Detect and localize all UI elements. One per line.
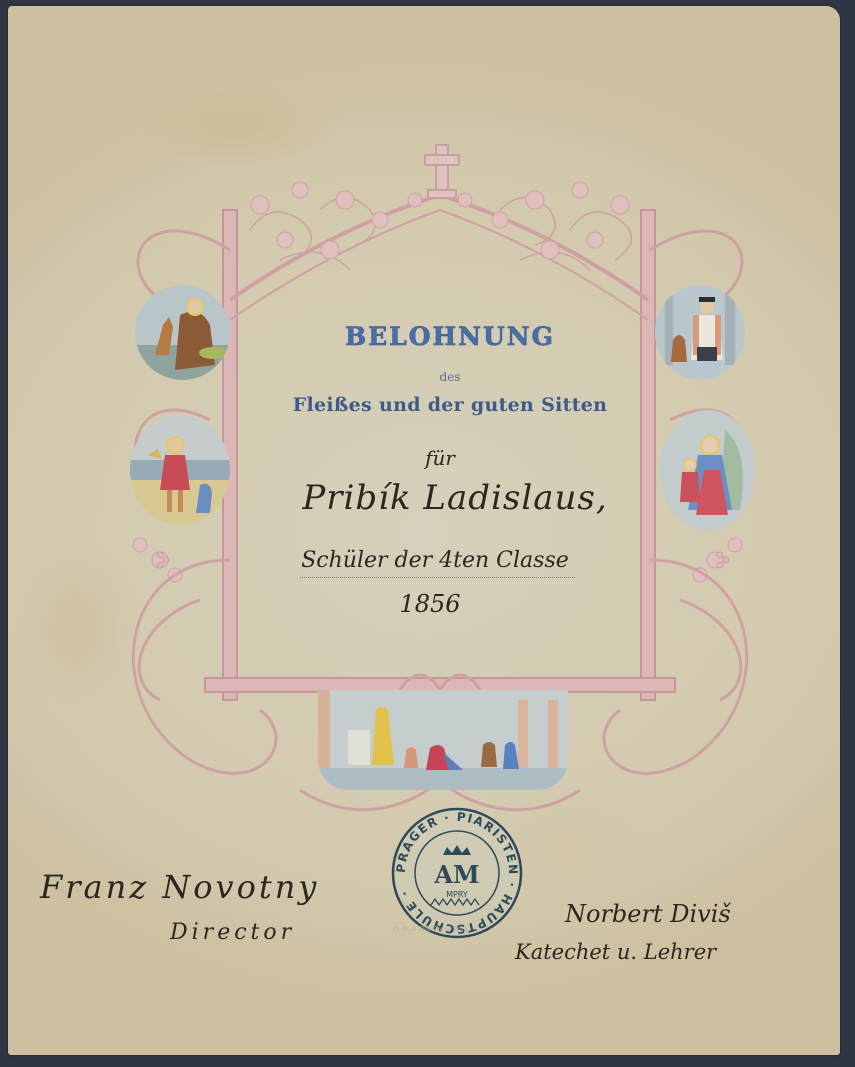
vignette-madonna-with-child	[660, 410, 755, 530]
for-label: für	[380, 446, 500, 470]
director-role: Director	[170, 920, 370, 945]
vignette-saint-with-deer	[135, 285, 230, 380]
recipient-name: Pribík Ladislaus,	[290, 478, 620, 518]
vignette-saint-with-wheat	[130, 415, 230, 525]
school-seal-stamp: PRAGER · PIARISTEN · HAUPTSCHULE · AM MP…	[389, 805, 525, 941]
teacher-role: Katechet u. Lehrer	[515, 940, 745, 964]
teacher-signature: Norbert Diviš	[565, 900, 765, 928]
vignette-priest-with-child	[655, 285, 745, 380]
stamp-monogram: AM	[433, 860, 479, 889]
printer-credit: Pr. W. A. Rybička in Prag	[380, 926, 480, 933]
class-line: Schüler der 4ten Classe	[285, 548, 585, 573]
class-line-rule	[300, 577, 575, 578]
stamp-inner-text: MPRY	[446, 890, 468, 899]
connector-text: des	[290, 370, 610, 384]
certificate-title: BELOHNUNG	[290, 322, 610, 351]
certificate-subtitle: Fleißes und der guten Sitten	[280, 394, 620, 416]
director-signature: Franz Novotny	[40, 868, 400, 906]
vignette-church-interior	[318, 690, 568, 790]
certificate-year: 1856	[380, 590, 480, 618]
